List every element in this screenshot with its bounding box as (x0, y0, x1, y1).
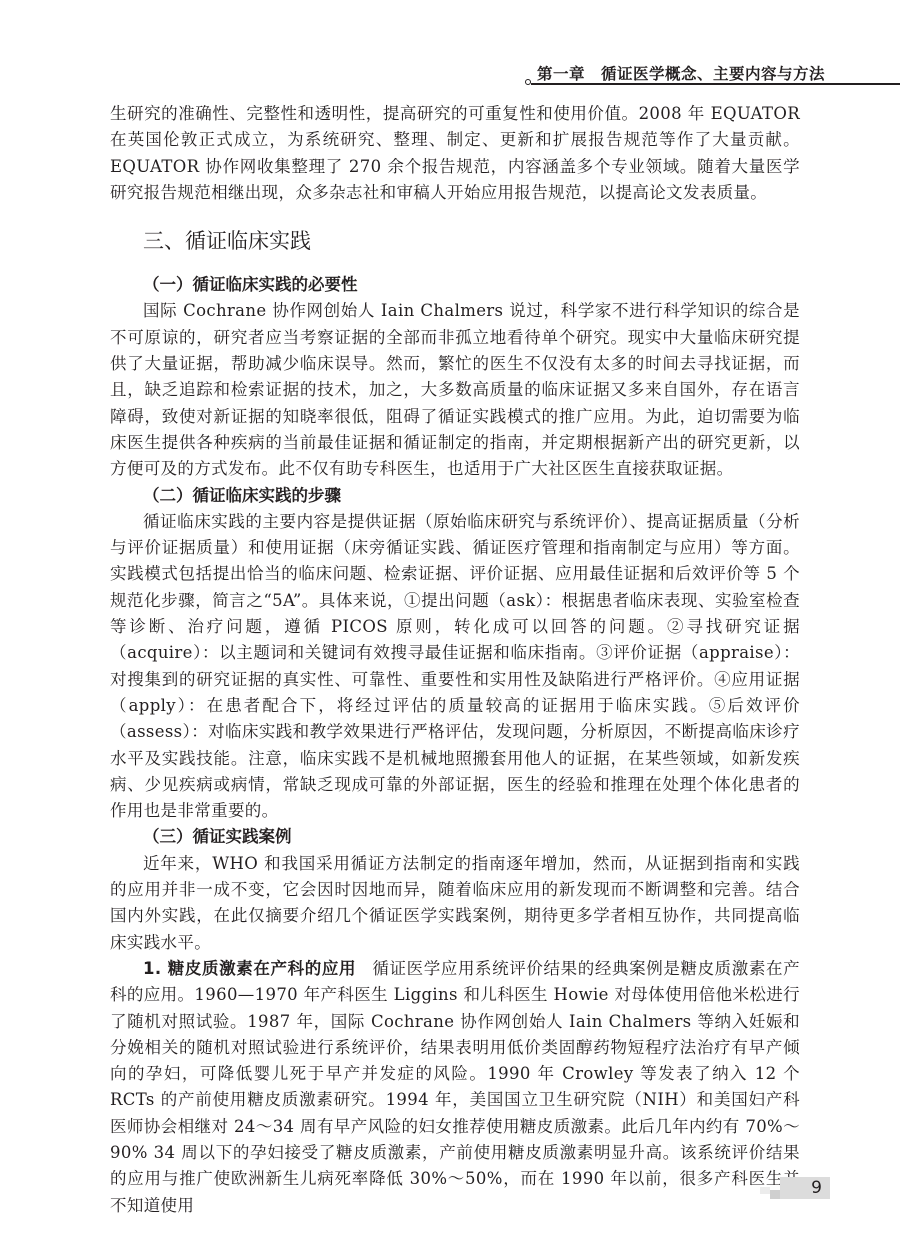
case-title: 1. 糖皮质激素在产科的应用 (143, 959, 356, 978)
subsection-heading-steps: （二）循证临床实践的步骤 (143, 483, 800, 509)
page-number-block: 9 (760, 1177, 832, 1199)
section-heading: 三、循证临床实践 (143, 226, 800, 256)
chapter-title: 第一章 循证医学概念、主要内容与方法 (537, 62, 825, 84)
page-number-box: 9 (780, 1177, 830, 1199)
decor-square-dark (770, 1190, 780, 1199)
paragraph-necessity: 国际 Cochrane 协作网创始人 Iain Chalmers 说过，科学家不… (110, 298, 800, 482)
decor-square-light (760, 1187, 770, 1194)
intro-paragraph: 生研究的准确性、完整性和透明性，提高研究的可重复性和使用价值。2008 年 EQ… (110, 101, 800, 206)
paragraph-cases-intro: 近年来，WHO 和我国采用循证方法制定的指南逐年增加，然而，从证据到指南和实践的… (110, 851, 800, 956)
case-text: 循证医学应用系统评价结果的经典案例是糖皮质激素在产科的应用。1960—1970 … (110, 959, 800, 1215)
subsection-heading-cases: （三）循证实践案例 (143, 824, 800, 850)
paragraph-steps: 循证临床实践的主要内容是提供证据（原始临床研究与系统评价）、提高证据质量（分析与… (110, 509, 800, 825)
case-paragraph: 1. 糖皮质激素在产科的应用循证医学应用系统评价结果的经典案例是糖皮质激素在产科… (110, 956, 800, 1219)
page-content: 生研究的准确性、完整性和透明性，提高研究的可重复性和使用价值。2008 年 EQ… (110, 101, 800, 1219)
running-header: 第一章 循证医学概念、主要内容与方法 (525, 60, 900, 90)
header-rule (531, 83, 900, 85)
subsection-heading-necessity: （一）循证临床实践的必要性 (143, 272, 800, 298)
page-number: 9 (811, 1178, 822, 1198)
